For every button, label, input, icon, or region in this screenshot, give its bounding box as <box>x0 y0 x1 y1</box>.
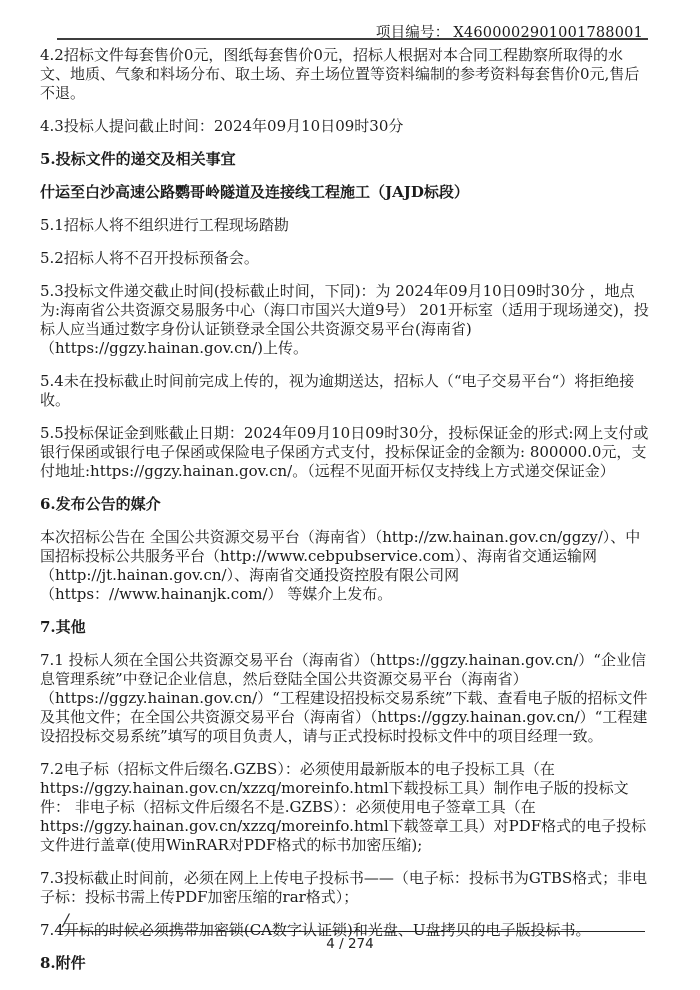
clause-5-1: 5.1招标人将不组织进行工程现场踏勘 <box>40 216 652 235</box>
section-heading-7: 7.其他 <box>40 618 652 637</box>
section-heading-8: 8.附件 <box>40 954 652 973</box>
page-number: 4 / 274 <box>0 936 700 952</box>
section-heading-5: 5.投标文件的递交及相关事宜 <box>40 150 652 169</box>
attachment-slash-mark: / <box>63 911 69 931</box>
project-title: 什运至白沙高速公路鹦哥岭隧道及连接线工程施工（JAJD标段） <box>40 183 652 202</box>
clause-6-body: 本次招标公告在 全国公共资源交易平台（海南省）（http://zw.hainan… <box>40 528 652 604</box>
footer-rule <box>57 931 645 932</box>
clause-7-3: 7.3投标截止时间前，必须在网上上传电子投标书——（电子标：投标书为GTBS格式… <box>40 869 652 907</box>
clause-7-2: 7.2电子标（招标文件后缀名.GZBS）：必须使用最新版本的电子投标工具（在ht… <box>40 760 652 855</box>
clause-5-5: 5.5投标保证金到账截止日期：2024年09月10日09时30分，投标保证金的形… <box>40 424 652 481</box>
clause-4-2: 4.2招标文件每套售价0元，图纸每套售价0元，招标人根据对本合同工程勘察所取得的… <box>40 46 652 103</box>
clause-7-1: 7.1 投标人须在全国公共资源交易平台（海南省）（https://ggzy.ha… <box>40 651 652 746</box>
header-rule <box>57 38 648 40</box>
clause-5-3: 5.3投标文件递交截止时间(投标截止时间，下同)：为 2024年09月10日09… <box>40 282 652 358</box>
document-page: 项目编号：X4600002901001788001 4.2招标文件每套售价0元，… <box>0 0 700 990</box>
section-heading-6: 6.发布公告的媒介 <box>40 495 652 514</box>
clause-4-3: 4.3投标人提问截止时间：2024年09月10日09时30分 <box>40 117 652 136</box>
clause-5-4: 5.4未在投标截止时间前完成上传的，视为逾期送达，招标人（“电子交易平台“）将拒… <box>40 372 652 410</box>
clause-5-2: 5.2招标人将不召开投标预备会。 <box>40 249 652 268</box>
document-body: 4.2招标文件每套售价0元，图纸每套售价0元，招标人根据对本合同工程勘察所取得的… <box>40 44 652 973</box>
